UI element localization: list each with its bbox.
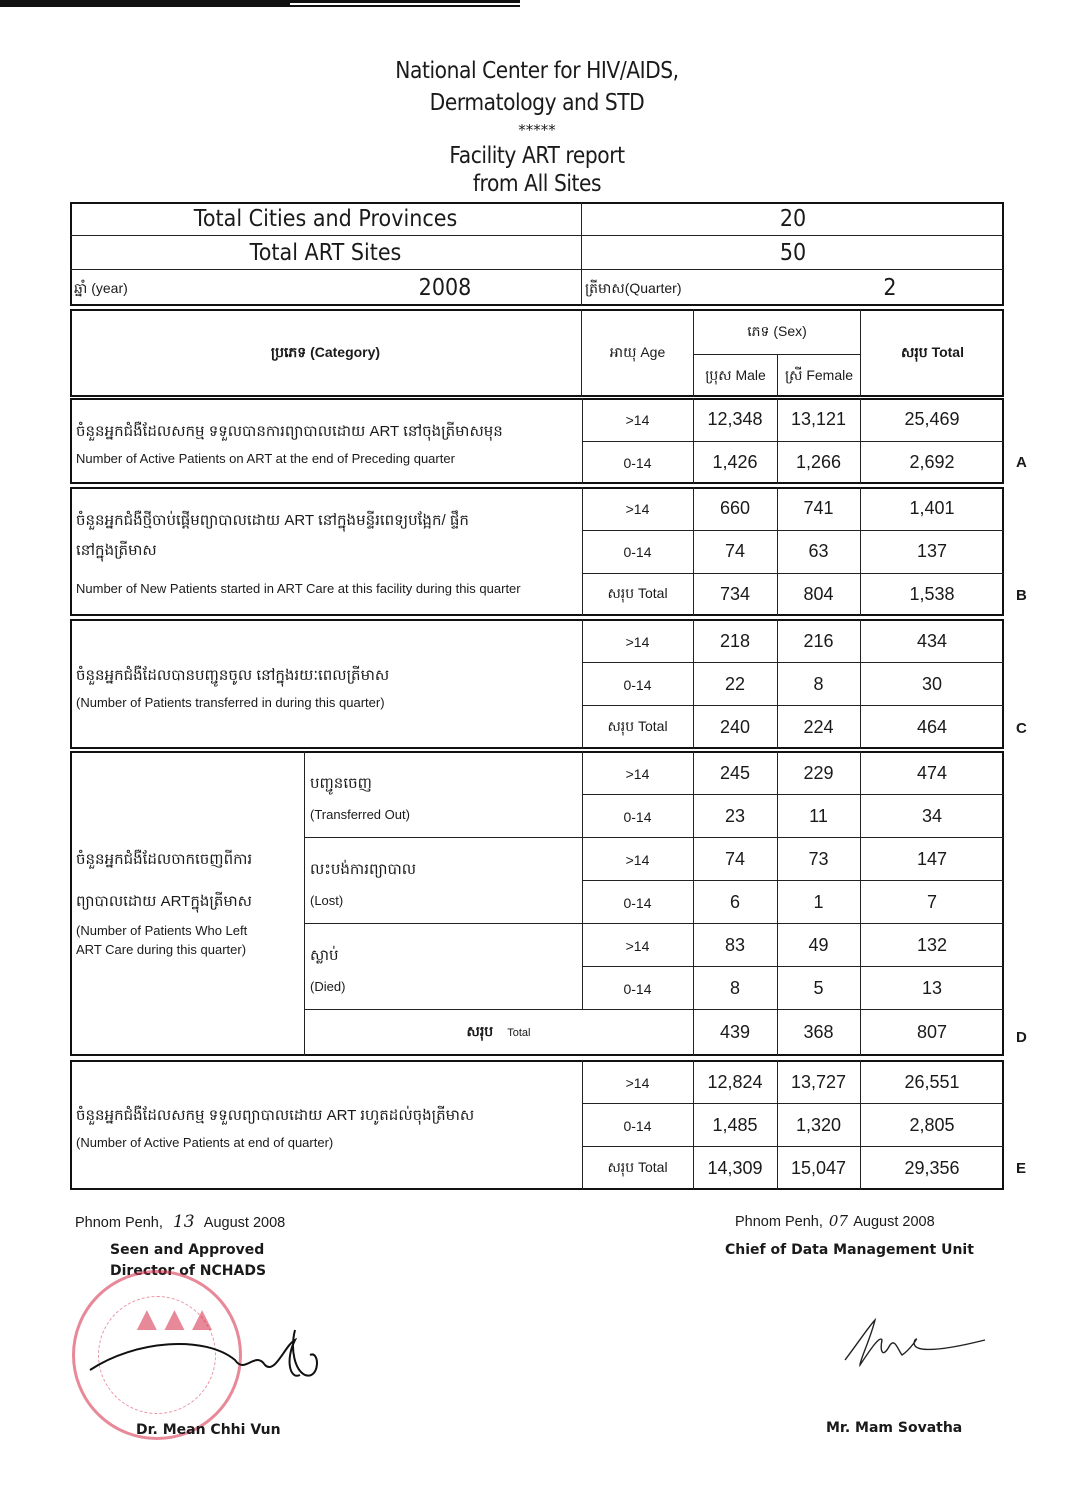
section-e-english: (Number of Active Patients at end of qua…	[76, 1135, 576, 1151]
age-cell: 0-14	[582, 663, 693, 706]
female-value: 73	[777, 838, 860, 881]
female-value: 1	[777, 881, 860, 924]
org-name-line2: Dermatology and STD	[64, 90, 1009, 116]
age-cell: សរុប Total	[582, 573, 693, 616]
total-value: 30	[860, 663, 1004, 706]
total-value: 1,401	[860, 487, 1004, 530]
male-value: 218	[693, 620, 777, 663]
male-value: 8	[693, 967, 777, 1010]
quarter-value: 2	[863, 270, 917, 306]
right-date-line: Phnom Penh, 07 August 2008	[735, 1212, 935, 1230]
section-letter: B	[1016, 587, 1027, 604]
header-female: ស្រី Female	[778, 355, 860, 397]
male-value: 245	[693, 752, 777, 795]
female-value: 804	[777, 573, 860, 616]
total-value: 434	[860, 620, 1004, 663]
female-value: 13,727	[777, 1061, 860, 1104]
header-age: អាយុ Age	[582, 310, 693, 397]
left-date-line: Phnom Penh, 13 August 2008	[75, 1212, 285, 1232]
total-value: 26,551	[860, 1061, 1004, 1104]
total-value: 2,692	[860, 441, 1004, 484]
total-value: 7	[860, 881, 1004, 924]
male-value: 240	[693, 706, 777, 749]
age-cell: >14	[582, 752, 693, 795]
header-total: សរុប Total	[861, 310, 1004, 397]
male-value: 1,426	[693, 441, 777, 484]
total-value: 147	[860, 838, 1004, 881]
section-c-khmer: ចំនួនអ្នកជំងឺដែលបានបញ្ជូនចូល នៅក្នុងរយៈព…	[76, 667, 576, 686]
chief-name: Mr. Mam Sovatha	[826, 1420, 962, 1436]
left-reason-khmer: ស្លាប់	[310, 947, 570, 966]
report-title: Facility ART report	[64, 143, 1009, 169]
director-signature	[85, 1320, 325, 1390]
total-value: 464	[860, 706, 1004, 749]
male-value: 14,309	[693, 1147, 777, 1190]
section-b-khmer-2: នៅក្នុងត្រីមាស	[76, 542, 581, 561]
female-value: 11	[777, 795, 860, 838]
report-subtitle: from All Sites	[64, 171, 1009, 197]
age-cell: 0-14	[582, 881, 693, 924]
age-cell: >14	[582, 924, 693, 967]
section-d-english-2: ART Care during this quarter)	[76, 942, 301, 958]
total-value: 132	[860, 924, 1004, 967]
section-letter: C	[1016, 720, 1027, 737]
cities-label: Total Cities and Provinces	[96, 203, 556, 235]
section-d-english-1: (Number of Patients Who Left	[76, 923, 301, 939]
female-value: 63	[777, 530, 860, 573]
sites-value: 50	[603, 236, 983, 269]
age-cell: សរុប Total	[582, 706, 693, 749]
male-value: 12,824	[693, 1061, 777, 1104]
male-value: 439	[693, 1009, 777, 1056]
left-month-year: August 2008	[204, 1215, 285, 1231]
cities-value: 20	[603, 203, 983, 235]
section-d-total-label: សរុបTotal	[304, 1009, 693, 1056]
age-cell: >14	[582, 398, 693, 441]
title-separator: *****	[0, 121, 1074, 139]
left-reason-english: (Transferred Out)	[310, 807, 570, 823]
female-value: 229	[777, 752, 860, 795]
female-value: 1,266	[777, 441, 860, 484]
year-label: ឆ្នាំ (year)	[74, 272, 194, 306]
male-value: 12,348	[693, 398, 777, 441]
section-letter: A	[1016, 454, 1027, 471]
male-value: 74	[693, 530, 777, 573]
left-handwritten-day: 13	[173, 1212, 195, 1232]
header-male: ប្រុស Male	[694, 355, 777, 397]
section-d-khmer-2: ព្យាបាលដោយ ARTក្នុងត្រីមាស	[76, 893, 301, 912]
right-place: Phnom Penh,	[735, 1214, 823, 1230]
director-name: Dr. Mean Chhi Vun	[136, 1422, 281, 1438]
header-category: ប្រភេទ (Category)	[70, 310, 581, 397]
age-cell: >14	[582, 1061, 693, 1104]
female-value: 49	[777, 924, 860, 967]
total-value: 34	[860, 795, 1004, 838]
total-value: 807	[860, 1009, 1004, 1056]
age-cell: >14	[582, 620, 693, 663]
left-reason-khmer: លះបង់ការព្យាបាល	[310, 861, 570, 880]
female-value: 216	[777, 620, 860, 663]
age-cell: >14	[582, 838, 693, 881]
section-c-english: (Number of Patients transferred in durin…	[76, 695, 576, 711]
year-value: 2008	[387, 270, 504, 306]
age-cell: 0-14	[582, 530, 693, 573]
total-label-english: Total	[507, 1027, 530, 1039]
chief-signature	[840, 1310, 990, 1380]
section-b-khmer-1: ចំនួនអ្នកជំងឺថ្មីចាប់ផ្តើមព្យាបាលដោយ ART…	[76, 512, 581, 531]
left-reason-english: (Lost)	[310, 893, 570, 909]
section-letter: D	[1016, 1029, 1027, 1046]
age-cell: 0-14	[582, 795, 693, 838]
left-reason-khmer: បញ្ជូនចេញ	[310, 775, 570, 794]
approval-line1: Seen and Approved	[110, 1242, 264, 1258]
total-value: 1,538	[860, 573, 1004, 616]
total-value: 25,469	[860, 398, 1004, 441]
female-value: 15,047	[777, 1147, 860, 1190]
age-cell: សរុប Total	[582, 1147, 693, 1190]
age-cell: >14	[582, 487, 693, 530]
right-month-year: August 2008	[853, 1214, 934, 1230]
age-cell: 0-14	[582, 1104, 693, 1147]
age-cell: 0-14	[582, 967, 693, 1010]
total-value: 137	[860, 530, 1004, 573]
total-value: 2,805	[860, 1104, 1004, 1147]
female-value: 13,121	[777, 398, 860, 441]
divider	[581, 202, 582, 306]
female-value: 1,320	[777, 1104, 860, 1147]
section-d-khmer-1: ចំនួនអ្នកជំងឺដែលចាកចេញពីការ	[76, 851, 301, 870]
org-name-line1: National Center for HIV/AIDS,	[64, 58, 1009, 84]
left-place: Phnom Penh,	[75, 1215, 163, 1231]
sites-label: Total ART Sites	[96, 236, 556, 269]
section-b-english: Number of New Patients started in ART Ca…	[76, 581, 586, 597]
male-value: 83	[693, 924, 777, 967]
section-e-khmer: ចំនួនអ្នកជំងឺដែលសកម្ម ទទួលព្យាបាលដោយ ART…	[76, 1107, 576, 1126]
age-cell: 0-14	[582, 441, 693, 484]
left-reason-english: (Died)	[310, 979, 570, 995]
male-value: 660	[693, 487, 777, 530]
chief-title: Chief of Data Management Unit	[725, 1242, 974, 1258]
male-value: 734	[693, 573, 777, 616]
female-value: 741	[777, 487, 860, 530]
female-value: 224	[777, 706, 860, 749]
quarter-label: ត្រីមាស(Quarter)	[585, 272, 735, 306]
total-value: 29,356	[860, 1147, 1004, 1190]
male-value: 23	[693, 795, 777, 838]
right-handwritten-day: 07	[829, 1212, 848, 1230]
male-value: 1,485	[693, 1104, 777, 1147]
male-value: 6	[693, 881, 777, 924]
female-value: 5	[777, 967, 860, 1010]
total-value: 13	[860, 967, 1004, 1010]
section-a-english: Number of Active Patients on ART at the …	[76, 451, 576, 467]
header-sex: ភេទ (Sex)	[694, 310, 860, 354]
total-value: 474	[860, 752, 1004, 795]
section-letter: E	[1016, 1160, 1026, 1177]
male-value: 22	[693, 663, 777, 706]
section-a-khmer: ចំនួនអ្នកជំងឺដែលសកម្ម ទទួលបានការព្យាបាលដ…	[76, 423, 576, 442]
female-value: 368	[777, 1009, 860, 1056]
male-value: 74	[693, 838, 777, 881]
female-value: 8	[777, 663, 860, 706]
total-label-khmer: សរុប	[467, 1022, 494, 1043]
scan-edge-gap	[290, 3, 530, 5]
